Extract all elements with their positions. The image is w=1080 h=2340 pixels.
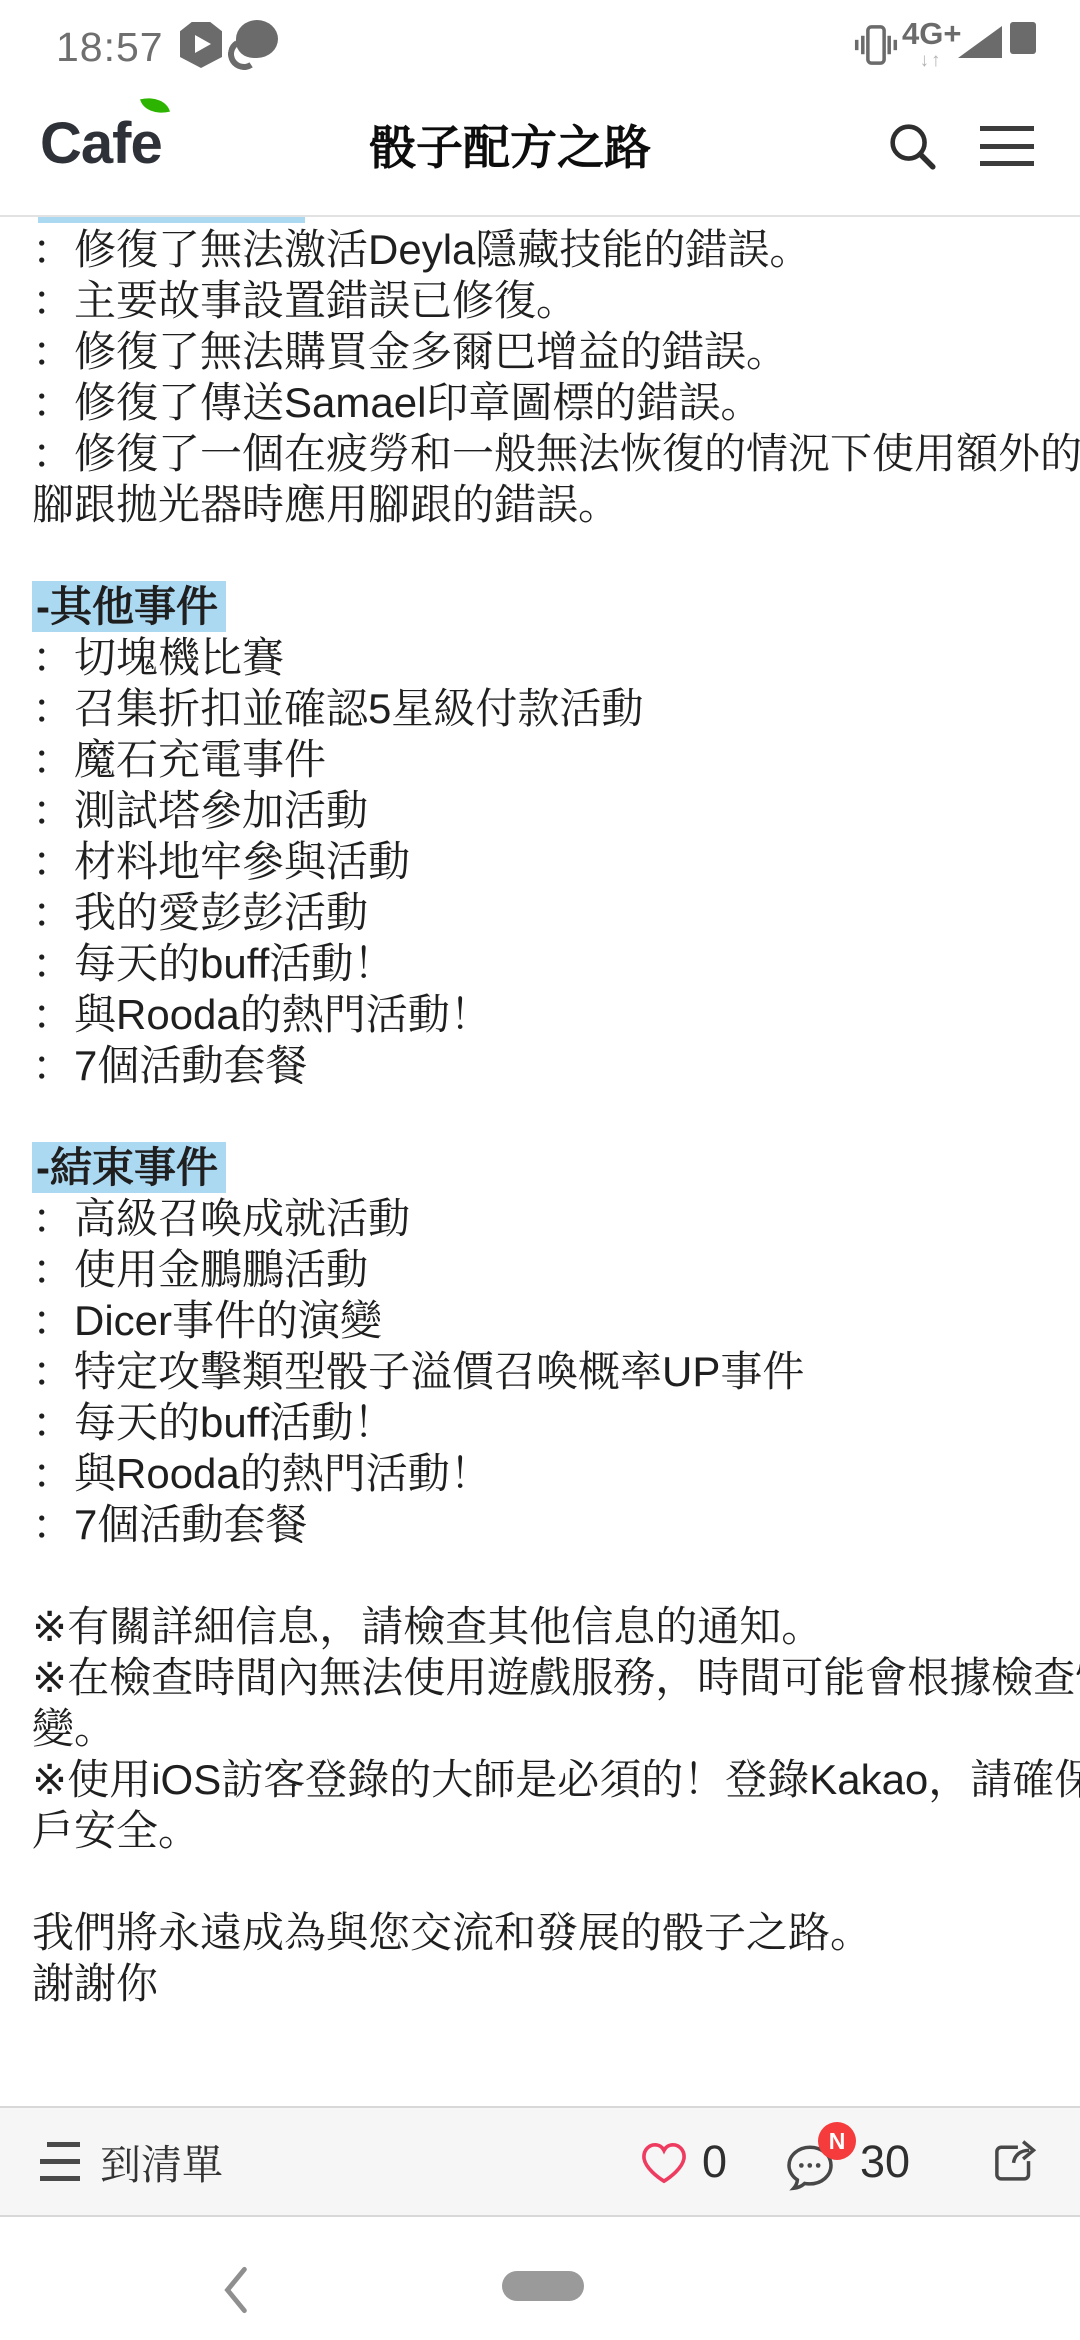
heart-icon xyxy=(638,2138,690,2185)
post-line: ：Dicer事件的演變 xyxy=(0,1295,1080,1346)
list-icon xyxy=(40,2142,80,2181)
share-icon xyxy=(988,2136,1040,2188)
notification-icon-p xyxy=(180,22,222,68)
post-line xyxy=(0,530,1080,581)
home-pill-handle[interactable] xyxy=(502,2271,584,2301)
menu-button[interactable] xyxy=(980,126,1034,166)
post-line: ※使用iOS訪客登錄的大師是必須的！登錄Kakao，請確保您的帳 xyxy=(0,1754,1080,1805)
gesture-nav-bar xyxy=(0,2219,1080,2340)
post-line: ※在檢查時間內無法使用遊戲服務，時間可能會根據檢查情況而改 xyxy=(0,1652,1080,1703)
app-header: Cafe 骰子配方之路 xyxy=(0,96,1080,215)
chevron-left-icon xyxy=(220,2265,250,2315)
back-button[interactable] xyxy=(220,2265,250,2320)
post-line: ：召集折扣並確認5星級付款活動 xyxy=(0,683,1080,734)
post-line: ：與Rooda的熱門活動！ xyxy=(0,989,1080,1040)
post-line: ：修復了一個在疲勞和一般無法恢復的情況下使用額外的方位角 xyxy=(0,428,1080,479)
post-section-heading: -結束事件 xyxy=(0,1142,1080,1193)
bottom-action-bar: 到清單 0 N 30 xyxy=(0,2106,1080,2217)
notification-icon-chat xyxy=(228,20,278,70)
post-line: ：使用金鵬鵬活動 xyxy=(0,1244,1080,1295)
post-line: ：修復了無法購買金多爾巴增益的錯誤。 xyxy=(0,326,1080,377)
hamburger-icon xyxy=(980,126,1034,131)
like-button[interactable] xyxy=(638,2138,690,2190)
post-section-heading: -其他事件 xyxy=(0,581,1080,632)
new-comment-badge: N xyxy=(818,2122,856,2160)
post-line xyxy=(0,1550,1080,1601)
post-line: ：魔石充電事件 xyxy=(0,734,1080,785)
status-bar: 18:57 4G+ ↓↑ xyxy=(0,0,1080,96)
post-line: ：每天的buff活動！ xyxy=(0,1397,1080,1448)
battery-icon xyxy=(1010,22,1036,54)
go-to-list-button[interactable]: 到清單 xyxy=(40,2108,223,2215)
post-line: ：修復了無法激活Deyla隱藏技能的錯誤。 xyxy=(0,224,1080,275)
network-type-indicator: 4G+ ↓↑ xyxy=(902,16,960,71)
post-line: ：7個活動套餐 xyxy=(0,1499,1080,1550)
post-line xyxy=(0,1091,1080,1142)
post-line: ：7個活動套餐 xyxy=(0,1040,1080,1091)
post-line: ：高級召喚成就活動 xyxy=(0,1193,1080,1244)
comment-count: 30 xyxy=(860,2108,910,2215)
post-line: ：測試塔參加活動 xyxy=(0,785,1080,836)
search-button[interactable] xyxy=(883,117,941,175)
post-line: ：修復了傳送Samael印章圖標的錯誤。 xyxy=(0,377,1080,428)
clock: 18:57 xyxy=(56,24,164,71)
go-to-list-label: 到清單 xyxy=(100,2132,223,2191)
post-line: ：與Rooda的熱門活動！ xyxy=(0,1448,1080,1499)
post-line: ※有關詳細信息，請檢查其他信息的通知。 xyxy=(0,1601,1080,1652)
post-line: 戶安全。 xyxy=(0,1805,1080,1856)
post-body[interactable]: ：修復了無法激活Deyla隱藏技能的錯誤。：主要故事設置錯誤已修復。：修復了無法… xyxy=(0,224,1080,2104)
vibrate-icon xyxy=(852,24,900,71)
clipped-highlighted-line xyxy=(38,217,305,223)
page-title: 骰子配方之路 xyxy=(140,96,880,200)
post-line: 變。 xyxy=(0,1703,1080,1754)
post-line: ：切塊機比賽 xyxy=(0,632,1080,683)
post-line: ：每天的buff活動！ xyxy=(0,938,1080,989)
signal-icon xyxy=(958,26,1002,58)
post-line: ：材料地牢參與活動 xyxy=(0,836,1080,887)
network-activity-arrows: ↓↑ xyxy=(920,50,943,71)
post-line: 腳跟拋光器時應用腳跟的錯誤。 xyxy=(0,479,1080,530)
search-icon xyxy=(883,117,941,175)
post-line: 謝謝你 xyxy=(0,1958,1080,2009)
share-button[interactable] xyxy=(988,2136,1040,2193)
post-line: ：主要故事設置錯誤已修復。 xyxy=(0,275,1080,326)
post-line: ：我的愛彭彭活動 xyxy=(0,887,1080,938)
post-line: 我們將永遠成為與您交流和發展的骰子之路。 xyxy=(0,1907,1080,1958)
post-line xyxy=(0,1856,1080,1907)
like-count: 0 xyxy=(702,2108,727,2215)
post-line: ：特定攻擊類型骰子溢價召喚概率UP事件 xyxy=(0,1346,1080,1397)
